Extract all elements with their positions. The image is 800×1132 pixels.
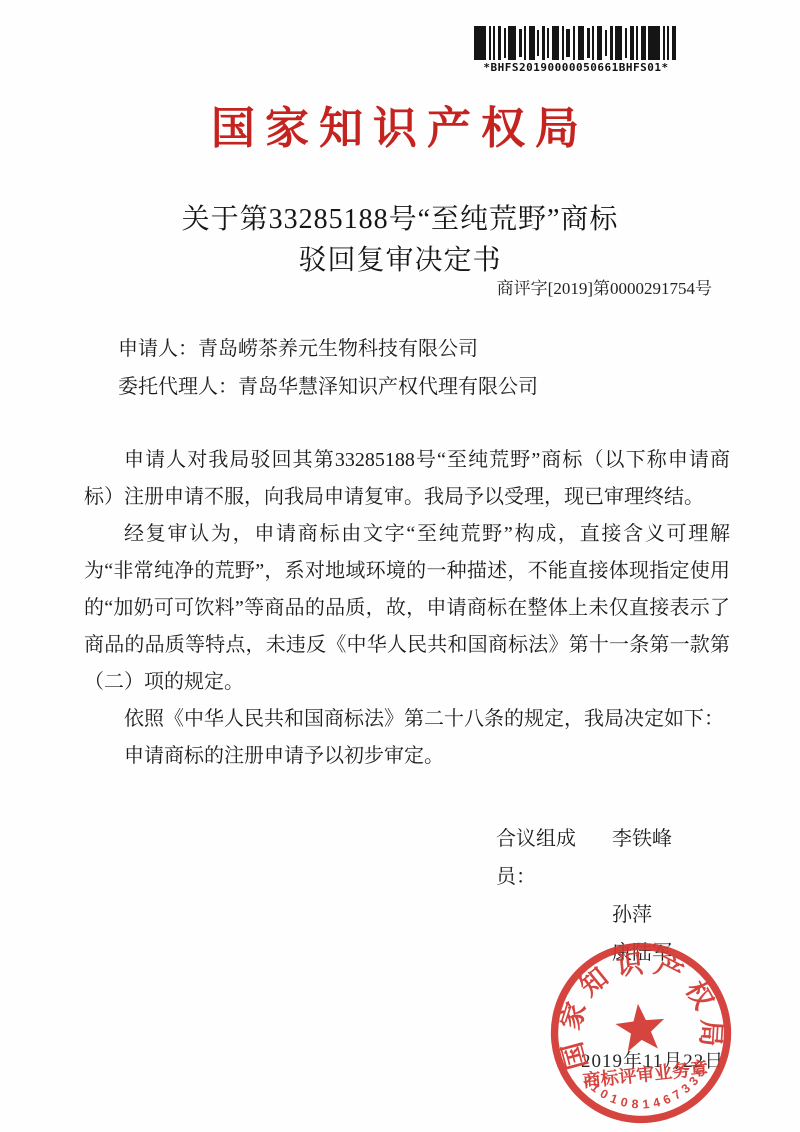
document-title-line1: 关于第33285188号“至纯荒野”商标: [0, 199, 800, 240]
panel-row: 合议组成员： 李铁峰: [496, 820, 672, 896]
applicant-label: 申请人：: [118, 338, 198, 360]
agent-line: 委托代理人：青岛华慧泽知识产权代理有限公司: [118, 370, 538, 399]
body-paragraph: 经复审认为，申请商标由文字“至纯荒野”构成，直接含义可理解为“非常纯净的荒野”，…: [84, 516, 730, 701]
seal-ring-text: 国家知识产权局: [549, 941, 730, 1073]
reference-number: 商评字[2019]第0000291754号: [497, 274, 712, 299]
barcode-text: *BHFS20190000050661BHFS01*: [452, 61, 700, 74]
document-page: *BHFS20190000050661BHFS01* 国家知识产权局 关于第33…: [0, 0, 800, 1132]
agent-name: 青岛华慧泽知识产权代理有限公司: [238, 376, 538, 398]
body-paragraph: 申请人对我局驳回其第33285188号“至纯荒野”商标（以下称申请商标）注册申请…: [84, 442, 730, 516]
agent-label: 委托代理人：: [118, 376, 238, 398]
applicant-line: 申请人：青岛崂茶养元生物科技有限公司: [118, 332, 478, 361]
barcode-image: [474, 26, 679, 60]
seal-star-icon: [614, 1001, 668, 1053]
panel-member: 李铁峰: [612, 820, 672, 896]
body-paragraph: 依照《中华人民共和国商标法》第二十八条的规定，我局决定如下：: [84, 701, 730, 738]
applicant-name: 青岛崂茶养元生物科技有限公司: [198, 338, 478, 360]
official-seal: 国家知识产权局 商标评审业务章 1101081467335: [549, 941, 733, 1125]
panel-row: 孙萍: [496, 896, 672, 934]
panel-member: 孙萍: [612, 896, 652, 934]
body-paragraph: 申请商标的注册申请予以初步审定。: [84, 738, 730, 775]
seal-image: 国家知识产权局 商标评审业务章 1101081467335: [549, 941, 733, 1125]
document-title: 关于第33285188号“至纯荒野”商标 驳回复审决定书: [0, 199, 800, 281]
decision-body: 申请人对我局驳回其第33285188号“至纯荒野”商标（以下称申请商标）注册申请…: [84, 442, 730, 775]
agency-title: 国家知识产权局: [0, 92, 800, 156]
barcode: *BHFS20190000050661BHFS01*: [452, 26, 700, 74]
panel-label: 合议组成员：: [496, 820, 612, 896]
